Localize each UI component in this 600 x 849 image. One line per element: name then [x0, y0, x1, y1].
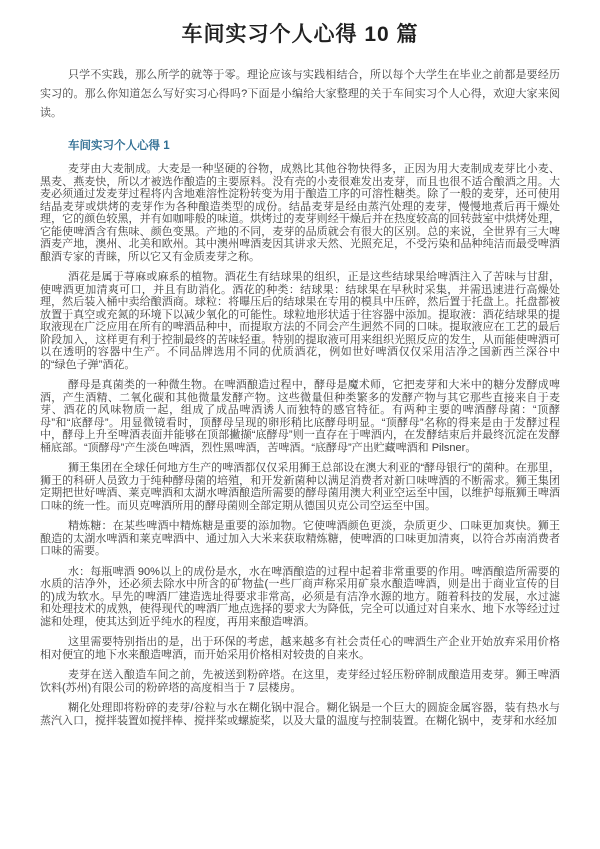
- article-page: 车间实习个人心得 10 篇 只学不实践，那么所学的就等于零。理论应该与实践相结合…: [0, 0, 600, 849]
- paragraph: 糊化处理即将粉碎的麦芽/谷粒与水在糊化锅中混合。糊化锅是一个巨大的圆旋金属容器，…: [40, 702, 560, 727]
- paragraph: 酒花是属于荨麻或麻系的植物。酒花生有结球果的组织，正是这些结球果给啤酒注入了苦味…: [40, 271, 560, 371]
- intro-paragraph: 只学不实践，那么所学的就等于零。理论应该与实践相结合，所以每个大学生在毕业之前都…: [40, 66, 560, 123]
- section-heading: 车间实习个人心得 1: [40, 137, 560, 153]
- paragraph: 酵母是真菌类的一种微生物。在啤酒酿造过程中，酵母是魔术师，它把麦芽和大米中的糖分…: [40, 379, 560, 454]
- paragraph: 麦芽由大麦制成。大麦是一种坚硬的谷物，成熟比其他谷物快得多，正因为用大麦制成麦芽…: [40, 163, 560, 263]
- paragraph: 水：每瓶啤酒 90%以上的成份是水，水在啤酒酿造的过程中起着非常重要的作用。啤酒…: [40, 566, 560, 629]
- page-title: 车间实习个人心得 10 篇: [40, 18, 560, 48]
- paragraph: 麦芽在送入酿造车间之前，先被送到粉碎塔。在这里，麦芽经过轻压粉碎制成酿造用麦芽。…: [40, 669, 560, 694]
- paragraph: 精炼糖：在某些啤酒中精炼糖是重要的添加物。它使啤酒颜色更淡，杂质更少、口味更加爽…: [40, 520, 560, 558]
- paragraph: 这里需要特别指出的是，出于环保的考虑，越来越多有社会责任心的啤酒生产企业开始放弃…: [40, 636, 560, 661]
- paragraph: 狮王集团在全球任何地方生产的啤酒都仅仅采用狮王总部设在澳大利亚的“酵母银行”的菌…: [40, 462, 560, 512]
